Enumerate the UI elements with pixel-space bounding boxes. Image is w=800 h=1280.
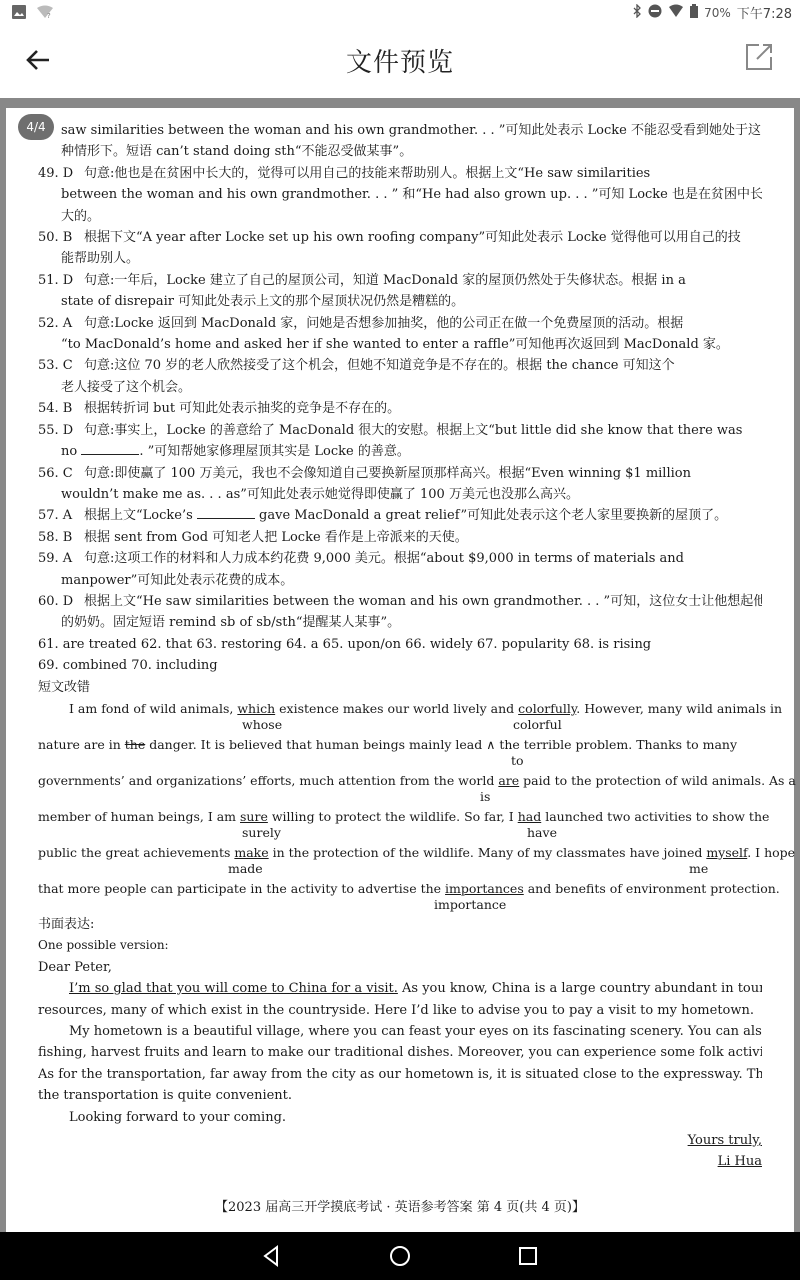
- text-line: saw similarities between the woman and h…: [38, 120, 762, 141]
- correction-fix: have: [527, 822, 557, 843]
- letter-salutation: Dear Peter,: [38, 957, 762, 978]
- fill-answers: 69. combined 70. including: [38, 655, 762, 676]
- text-line: no . ”可知帮她家修理屋顶其实是 Locke 的善意。: [38, 441, 762, 462]
- section-heading-writing: 书面表达:: [38, 914, 762, 935]
- correction-fix: made: [228, 858, 263, 879]
- battery-icon: [690, 4, 698, 21]
- answer-item-52: 52. A句意:Locke 返回到 MacDonald 家，问她是否想参加抽奖，…: [38, 313, 762, 334]
- text-line: wouldn’t make me as. . . as”可知此处表示她觉得即使赢…: [38, 484, 762, 505]
- status-bar: ? 70% 下午7:28: [0, 0, 800, 24]
- document-page: 4/4 saw similarities between the woman a…: [6, 108, 794, 1232]
- version-label: One possible version:: [38, 935, 762, 956]
- answer-item-59: 59. A句意:这项工作的材料和人力成本约花费 9,000 美元。根据“abou…: [38, 548, 762, 569]
- letter-line: As for the transportation, far away from…: [38, 1064, 762, 1085]
- text-line: 能帮助别人。: [38, 248, 762, 269]
- section-heading-correction: 短文改错: [38, 677, 762, 698]
- back-triangle-icon: [260, 1253, 284, 1272]
- app-bar: 文件预览: [0, 24, 800, 98]
- text-line: 大的。: [38, 206, 762, 227]
- letter-closing: Yours truly,: [38, 1130, 762, 1151]
- image-notification-icon: [12, 4, 26, 23]
- answer-item-51: 51. D句意:一年后，Locke 建立了自己的屋顶公司，知道 MacDonal…: [38, 270, 762, 291]
- recents-square-icon: [516, 1253, 540, 1272]
- correction-fix: importance: [434, 894, 506, 915]
- correction-fix: surely: [242, 822, 281, 843]
- nav-recents-button[interactable]: [516, 1244, 540, 1268]
- correction-fix: whose: [242, 714, 282, 735]
- answer-text: saw similarities between the woman and h…: [38, 120, 762, 1173]
- battery-percent: 70%: [704, 6, 731, 20]
- answer-item-56: 56. C句意:即使赢了 100 万美元，我也不会像知道自己要换新屋顶那样高兴。…: [38, 463, 762, 484]
- correction-line: public the great achievements make in th…: [38, 842, 762, 878]
- home-circle-icon: [388, 1253, 412, 1272]
- letter-line: I’m so glad that you will come to China …: [38, 978, 762, 999]
- answer-item-60: 60. D根据上文“He saw similarities between th…: [38, 591, 762, 612]
- correction-fix: me: [689, 858, 708, 879]
- answer-item-50: 50. B根据下文“A year after Locke set up his …: [38, 227, 762, 248]
- text-line: 种情形下。短语 can’t stand doing sth“不能忍受做某事”。: [38, 141, 762, 162]
- fill-answers: 61. are treated 62. that 63. restoring 6…: [38, 634, 762, 655]
- answer-item-55: 55. D句意:事实上，Locke 的善意给了 MacDonald 很大的安慰。…: [38, 420, 762, 441]
- answer-blank: [81, 443, 139, 455]
- page-title: 文件预览: [0, 42, 800, 79]
- answer-blank: [197, 507, 255, 519]
- nav-back-button[interactable]: [260, 1244, 284, 1268]
- correction-line: governments’ and organizations’ efforts,…: [38, 770, 762, 806]
- letter-line: My hometown is a beautiful village, wher…: [38, 1021, 762, 1042]
- correction-line: that more people can participate in the …: [38, 878, 762, 914]
- clock: 下午7:28: [737, 3, 792, 22]
- text-line: manpower”可知此处表示花费的成本。: [38, 570, 762, 591]
- answer-item-53: 53. C句意:这位 70 岁的老人欣然接受了这个机会，但她不知道竞争是不存在的…: [38, 355, 762, 376]
- wifi-unknown-icon: ?: [36, 4, 54, 23]
- letter-line: Looking forward to your coming.: [38, 1107, 762, 1128]
- correction-fix: to: [511, 750, 524, 771]
- answer-item-57: 57. A根据上文“Locke’s gave MacDonald a great…: [38, 505, 762, 526]
- text-line: 老人接受了这个机会。: [38, 377, 762, 398]
- page-footer: 【2023 届高三开学摸底考试 · 英语参考答案 第 4 页(共 4 页)】: [6, 1196, 794, 1215]
- answer-item-54: 54. B根据转折词 but 可知此处表示抽奖的竞争是不存在的。: [38, 398, 762, 419]
- letter-line: resources, many of which exist in the co…: [38, 1000, 762, 1021]
- text-line: between the woman and his own grandmothe…: [38, 184, 762, 205]
- correction-fix: colorful: [513, 714, 562, 735]
- letter-signature: Li Hua: [38, 1151, 762, 1172]
- nav-home-button[interactable]: [388, 1244, 412, 1268]
- correction-fix: is: [480, 786, 490, 807]
- text-line: 的奶奶。固定短语 remind sb of sb/sth“提醒某人某事”。: [38, 612, 762, 633]
- do-not-disturb-icon: [648, 4, 662, 21]
- answer-item-49: 49. D句意:他也是在贫困中长大的，觉得可以用自己的技能来帮助别人。根据上文“…: [38, 163, 762, 184]
- svg-text:?: ?: [47, 12, 51, 19]
- correction-line: nature are in the danger. It is believed…: [38, 734, 762, 770]
- text-line: state of disrepair 可知此处表示上文的那个屋顶状况仍然是糟糕的…: [38, 291, 762, 312]
- correction-line: member of human beings, I am sure willin…: [38, 806, 762, 842]
- document-viewer[interactable]: 4/4 saw similarities between the woman a…: [0, 98, 800, 1232]
- open-external-icon: [744, 57, 774, 76]
- correction-line: I am fond of wild animals, which existen…: [38, 698, 762, 734]
- open-external-button[interactable]: [744, 42, 780, 78]
- bluetooth-icon: [632, 4, 642, 21]
- text-line: “to MacDonald’s home and asked her if sh…: [38, 334, 762, 355]
- signal-icon: [668, 4, 684, 21]
- answer-item-58: 58. B根据 sent from God 可知老人把 Locke 看作是上帝派…: [38, 527, 762, 548]
- letter-line: fishing, harvest fruits and learn to mak…: [38, 1042, 762, 1063]
- letter-line: the transportation is quite convenient.: [38, 1085, 762, 1106]
- system-nav-bar: [0, 1232, 800, 1280]
